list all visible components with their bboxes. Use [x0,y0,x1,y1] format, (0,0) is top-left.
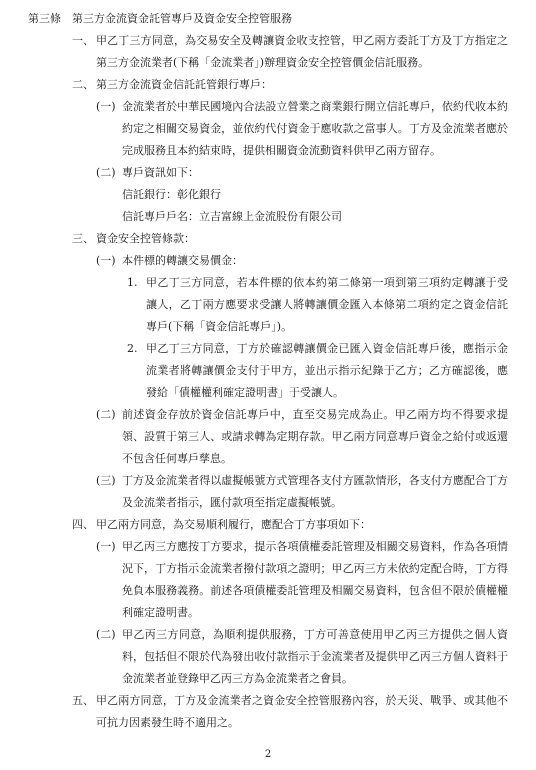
clause-3-sub-1-marker: (一) [96,250,122,272]
clause-3-marker: 三、 [72,228,96,250]
clause-4-sub-2-marker: (二) [96,624,122,690]
trust-account-name-line: 信託專戶戶名：立吉富線上金流股份有限公司 [122,206,508,228]
clause-2-sub-2: (二) 專戶資訊如下： [96,162,508,184]
clause-2-sub-1-text: 金流業者於中華民國境內合法設立營業之商業銀行開立信託專戶，依約代收本約約定之相關… [122,96,508,162]
clause-2-marker: 二、 [72,74,96,96]
clause-4-sub-1-text: 甲乙丙三方應按丁方要求，提示各項債權委託管理及相關交易資料，作為各項情況下，丁方… [122,536,508,624]
clause-4-sub-2-text: 甲乙丙三方同意，為順利提供服務，丁方可善意使用甲乙丙三方提供之個人資料，包括但不… [122,624,508,690]
item-2-marker: 2. [127,338,146,404]
clause-3-sub-2-marker: (二) [96,404,122,470]
clause-3-sub-1: (一) 本件標的轉讓交易價金： [96,250,508,272]
clause-3-sub-3: (三) 丁方及金流業者得以虛擬帳號方式管理各支付方匯款情形，各支付方應配合丁方及… [96,470,508,514]
clause-4: 四、 甲乙兩方同意，為交易順利履行，應配合丁方事項如下： [72,514,508,536]
clause-3-sub-3-text: 丁方及金流業者得以虛擬帳號方式管理各支付方匯款情形，各支付方應配合丁方及金流業者… [122,470,508,514]
clause-1: 一、 甲乙丁三方同意，為交易安全及轉讓資金收支控管，甲乙兩方委託丁方及丁方指定之… [72,30,508,74]
clause-3-sub-1-text: 本件標的轉讓交易價金： [122,250,508,272]
clause-4-marker: 四、 [72,514,96,536]
clause-3-sub-1-item-1: 1. 甲乙丁三方同意，若本件標的依本約第二條第一項到第三項約定轉讓于受讓人，乙丁… [127,272,508,338]
page-number: 2 [0,748,536,762]
clause-4-sub-2: (二) 甲乙丙三方同意，為順利提供服務，丁方可善意使用甲乙丙三方提供之個人資料，… [96,624,508,690]
clause-2-sub-1: (一) 金流業者於中華民國境內合法設立營業之商業銀行開立信託專戶，依約代收本約約… [96,96,508,162]
clause-5-marker: 五、 [72,690,96,734]
article-number: 第三條 [28,8,72,30]
trust-bank-line: 信託銀行：彰化銀行 [122,184,508,206]
clause-2-text: 第三方金流資金信託託管銀行專戶： [96,74,508,96]
clause-2-sub-2-text: 專戶資訊如下： [122,162,508,184]
clause-3-sub-1-item-2: 2. 甲乙丁三方同意，丁方於確認轉讓價金已匯入資金信託專戶後，應指示金流業者將轉… [127,338,508,404]
clause-5-text: 甲乙兩方同意，丁方及金流業者之資金安全控管服務內容，於天災、戰爭、或其他不可抗力… [96,690,508,734]
clause-3-sub-3-marker: (三) [96,470,122,514]
clause-3-sub-2-text: 前述資金存放於資金信託專戶中，直至交易完成為止。甲乙兩方均不得要求提領、設質于第… [122,404,508,470]
contract-document-page: 第三條 第三方金流資金託管專戶及資金安全控管服務 一、 甲乙丁三方同意，為交易安… [0,0,536,770]
clause-2: 二、 第三方金流資金信託託管銀行專戶： [72,74,508,96]
clause-3-text: 資金安全控管條款： [96,228,508,250]
clause-1-text: 甲乙丁三方同意，為交易安全及轉讓資金收支控管，甲乙兩方委託丁方及丁方指定之第三方… [96,30,508,74]
item-1-text: 甲乙丁三方同意，若本件標的依本約第二條第一項到第三項約定轉讓于受讓人，乙丁兩方應… [146,272,508,338]
article-title: 第三方金流資金託管專戶及資金安全控管服務 [72,8,292,30]
item-1-marker: 1. [127,272,146,338]
clause-2-sub-2-marker: (二) [96,162,122,184]
clause-5: 五、 甲乙兩方同意，丁方及金流業者之資金安全控管服務內容，於天災、戰爭、或其他不… [72,690,508,734]
clause-2-sub-1-marker: (一) [96,96,122,162]
clause-4-sub-1-marker: (一) [96,536,122,624]
clause-4-sub-1: (一) 甲乙丙三方應按丁方要求，提示各項債權委託管理及相關交易資料，作為各項情況… [96,536,508,624]
clause-4-text: 甲乙兩方同意，為交易順利履行，應配合丁方事項如下： [96,514,508,536]
item-2-text: 甲乙丁三方同意，丁方於確認轉讓價金已匯入資金信託專戶後，應指示金流業者將轉讓價金… [146,338,508,404]
clause-3: 三、 資金安全控管條款： [72,228,508,250]
clause-3-sub-2: (二) 前述資金存放於資金信託專戶中，直至交易完成為止。甲乙兩方均不得要求提領、… [96,404,508,470]
clause-1-marker: 一、 [72,30,96,74]
article-heading: 第三條 第三方金流資金託管專戶及資金安全控管服務 [28,8,508,30]
